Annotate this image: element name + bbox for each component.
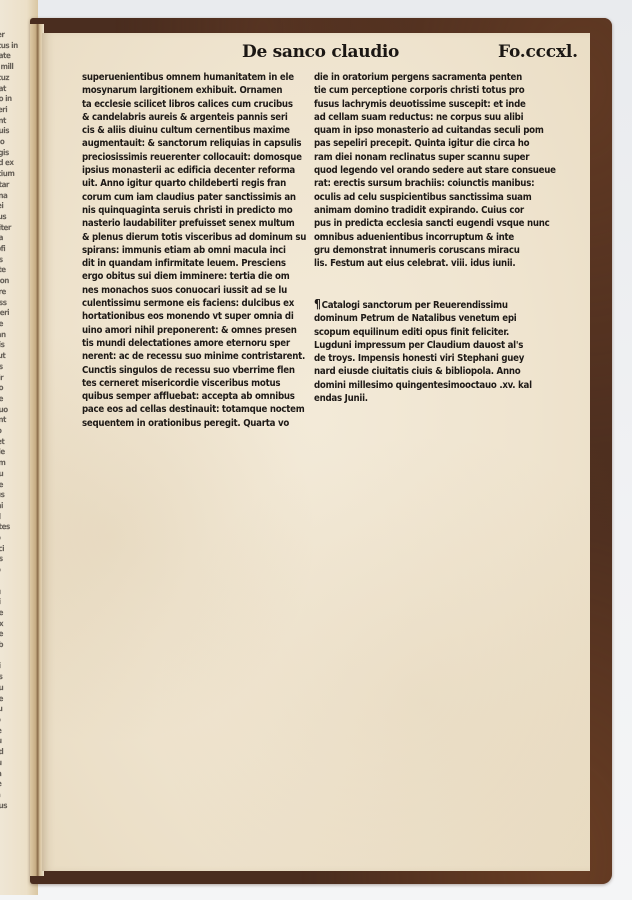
text-line: superuenientibus omnem humanitatem in el… — [82, 71, 314, 84]
text-line: ram diei nonam reclinatus super scannu s… — [314, 151, 554, 164]
text-line: preciosissimis reuerenter collocauit: do… — [82, 151, 314, 164]
colophon-line: scopum equilinum editi opus finit felici… — [314, 326, 554, 339]
left-text-column: superuenientibus omnem humanitatem in el… — [82, 71, 314, 430]
text-line: quibus semper affluebat: accepta ab omni… — [82, 390, 314, 403]
text-line: fusus lachrymis deuotissime suscepit: et… — [314, 98, 554, 111]
text-line: corum cum iam claudius pater sanctissimi… — [82, 191, 314, 204]
text-line: ad cellam suam reductus: ne corpus suu a… — [314, 111, 554, 124]
text-line: nasterio laudabiliter prefuisset senex m… — [82, 217, 314, 230]
text-line: & plenus dierum totis visceribus ad domi… — [82, 231, 314, 244]
colophon-line: endas Junii. — [314, 392, 554, 405]
text-line: gru demonstrat innumeris coruscans mirac… — [314, 244, 554, 257]
text-line: quod legendo vel orando sedere aut stare… — [314, 164, 554, 177]
text-line: ergo obitus sui diem imminere: tertia di… — [82, 270, 314, 283]
text-line: rat: erectis sursum brachiis: coiunctis … — [314, 177, 554, 190]
right-text-column: die in oratorium pergens sacramenta pent… — [314, 71, 554, 270]
colophon-line: dominum Petrum de Natalibus venetum epi — [314, 312, 554, 325]
facing-page-text: ter ctus in pate o mill ctuz pat no in s… — [0, 30, 32, 830]
text-line: die in oratorium pergens sacramenta pent… — [314, 71, 554, 84]
text-line: nerent: ac de recessu suo minime contris… — [82, 350, 314, 363]
text-line: tes cerneret misericordie visceribus mot… — [82, 377, 314, 390]
text-line: quam in ipso monasterio ad cuitandas sec… — [314, 124, 554, 137]
text-line: tis mundi delectationes amore eternoru s… — [82, 337, 314, 350]
colophon-text: Catalogi sanctorum per Reuerendissimu — [322, 300, 508, 311]
text-line: Cunctis singulos de recessu suo vberrime… — [82, 364, 314, 377]
text-line: culentissimu sermone eis faciens: dulcib… — [82, 297, 314, 310]
colophon-line: nard eiusde ciuitatis ciuis & bibliopola… — [314, 365, 554, 378]
colophon-line: domini millesimo quingentesimooctauo .xv… — [314, 379, 554, 392]
text-line: dit in quandam infirmitate leuem. Presci… — [82, 257, 314, 270]
text-line: hortationibus eos monendo vt super omnia… — [82, 310, 314, 323]
folio-number: Fo.cccxl. — [498, 42, 578, 62]
text-line: animam domino tradidit expirando. Cuius … — [314, 204, 554, 217]
text-line: oculis ad celu suspicientibus sanctissim… — [314, 191, 554, 204]
text-line: ipsius monasterii ac edificia decenter r… — [82, 164, 314, 177]
text-line: & candelabris aureis & argenteis pannis … — [82, 111, 314, 124]
pilcrow-icon: ¶ — [314, 297, 321, 311]
text-line: tie cum perceptione corporis christi tot… — [314, 84, 554, 97]
text-line: nis quinquaginta seruis christi in predi… — [82, 204, 314, 217]
text-line: lis. Festum aut eius celebrat. viii. idu… — [314, 257, 554, 270]
colophon-line: Lugduni impressum per Claudium dauost al… — [314, 339, 554, 352]
text-line: uit. Anno igitur quarto childeberti regi… — [82, 177, 314, 190]
colophon-line: de troys. Impensis honesti viri Stephani… — [314, 352, 554, 365]
text-line: sequentem in orationibus peregit. Quarta… — [82, 417, 314, 430]
colophon-line: ¶Catalogi sanctorum per Reuerendissimu — [314, 298, 554, 312]
text-line: spirans: immunis etiam ab omni macula in… — [82, 244, 314, 257]
text-line: augmentauit: & sanctorum reliquias in ca… — [82, 137, 314, 150]
colophon: ¶Catalogi sanctorum per Reuerendissimu d… — [314, 298, 554, 405]
text-line: uino amori nihil preponerent: & omnes pr… — [82, 324, 314, 337]
text-line: mosynarum largitionem exhibuit. Ornamen — [82, 84, 314, 97]
text-line: pas sepeliri precepit. Quinta igitur die… — [314, 137, 554, 150]
text-line: omnibus aduenientibus incorruptum & inte — [314, 231, 554, 244]
text-line: nes monachos suos conuocari iussit ad se… — [82, 284, 314, 297]
text-line: pace eos ad cellas destinauit: totamque … — [82, 403, 314, 416]
text-line: ta ecclesie scilicet libros calices cum … — [82, 98, 314, 111]
running-title: De sanco claudio — [242, 42, 399, 62]
text-line: cis & aliis diuinu cultum cernentibus ma… — [82, 124, 314, 137]
book-page: De sanco claudio Fo.cccxl. superuenienti… — [42, 33, 590, 871]
text-line: pus in predicta ecclesia sancti eugendi … — [314, 217, 554, 230]
